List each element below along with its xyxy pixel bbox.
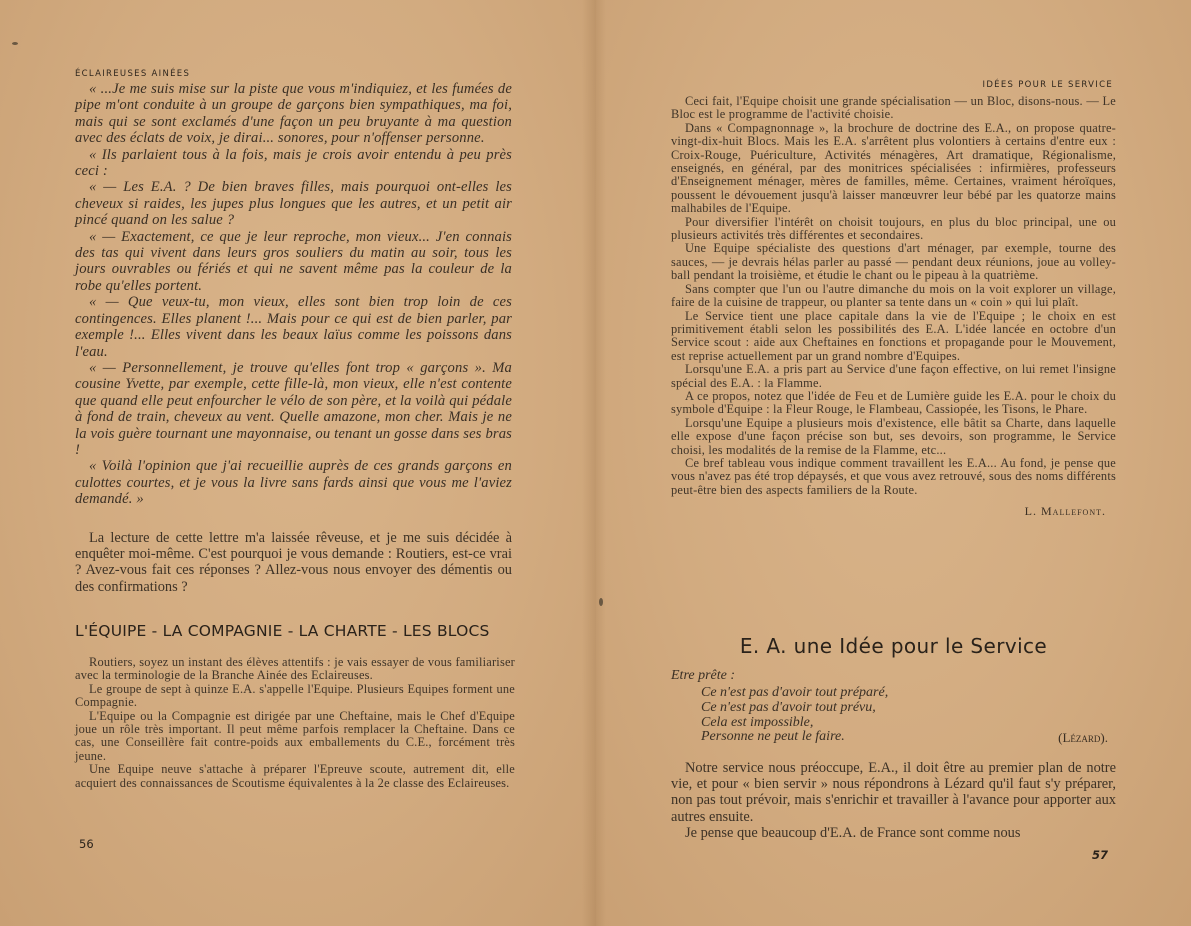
paper-speck — [599, 598, 603, 606]
section-paragraph: Une Equipe neuve s'attache à préparer l'… — [75, 763, 515, 790]
article-paragraph: Pour diversifier l'intérêt on choisit to… — [671, 216, 1116, 243]
article-title: E. A. une Idée pour le Service — [671, 634, 1116, 658]
article-paragraph: Dans « Compagnonnage », la brochure de d… — [671, 122, 1116, 216]
article-paragraph: Ce bref tableau vous indique comment tra… — [671, 457, 1116, 497]
intro-text: La lecture de cette lettre m'a laissée r… — [75, 530, 512, 595]
article-paragraph: Lorsqu'une Equipe a plusieurs mois d'exi… — [671, 417, 1116, 457]
page-number: 56 — [79, 837, 94, 851]
quote-paragraph: « ...Je me suis mise sur la piste que vo… — [75, 81, 512, 147]
article-paragraph: Lorsqu'une E.A. a pris part au Service d… — [671, 363, 1116, 390]
running-head: IDÉES POUR LE SERVICE — [983, 80, 1113, 90]
quote-paragraph: « — Exactement, ce que je leur reproche,… — [75, 229, 512, 295]
section-paragraph: Le groupe de sept à quinze E.A. s'appell… — [75, 683, 515, 710]
quote-paragraph: « — Personnellement, je trouve qu'elles … — [75, 360, 512, 458]
poem-line: Ce n'est pas d'avoir tout prévu, — [701, 701, 1116, 716]
section-paragraph: Routiers, soyez un instant des élèves at… — [75, 656, 515, 683]
quote-paragraph: « Voilà l'opinion que j'ai recueillie au… — [75, 458, 512, 507]
quote-paragraph: « Ils parlaient tous à la fois, mais je … — [75, 147, 512, 180]
poem-lead: Etre prête : — [671, 668, 1116, 684]
closing-text: Notre service nous préoccupe, E.A., il d… — [671, 760, 1116, 841]
closing-paragraph: Je pense que beaucoup d'E.A. de France s… — [671, 825, 1116, 841]
poem-line: Ce n'est pas d'avoir tout préparé, — [701, 686, 1116, 701]
poem-line: Personne ne peut le faire. — [701, 730, 845, 746]
poem-attribution: (Lézard). — [1058, 730, 1108, 746]
right-page: IDÉES POUR LE SERVICE Ceci fait, l'Equip… — [596, 0, 1191, 926]
quote-paragraph: « — Les E.A. ? De bien braves filles, ma… — [75, 179, 512, 228]
page-number: 57 — [1092, 848, 1108, 862]
closing-paragraph: Notre service nous préoccupe, E.A., il d… — [671, 760, 1116, 825]
poem-lines: Ce n'est pas d'avoir tout préparé, Ce n'… — [701, 686, 1116, 746]
left-page: ÉCLAIREUSES AINÉES « ...Je me suis mise … — [0, 0, 596, 926]
article-paragraph: Sans compter que l'un ou l'autre dimanch… — [671, 283, 1116, 310]
article-paragraph: Le Service tient une place capitale dans… — [671, 310, 1116, 364]
book-spread: ÉCLAIREUSES AINÉES « ...Je me suis mise … — [0, 0, 1191, 926]
section-paragraph: L'Equipe ou la Compagnie est dirigée par… — [75, 710, 515, 764]
running-head: ÉCLAIREUSES AINÉES — [75, 69, 190, 79]
article-paragraph: Une Equipe spécialiste des questions d'a… — [671, 242, 1116, 282]
section-body: Routiers, soyez un instant des élèves at… — [75, 656, 515, 790]
poem-line: Cela est impossible, — [701, 716, 1116, 731]
author-signature: L. Mallefont. — [671, 504, 1106, 519]
article-body: Ceci fait, l'Equipe choisit une grande s… — [671, 95, 1116, 519]
intro-paragraph: La lecture de cette lettre m'a laissée r… — [75, 530, 512, 595]
section-title: L'ÉQUIPE - LA COMPAGNIE - LA CHARTE - LE… — [75, 622, 520, 640]
poem-last-line-row: Personne ne peut le faire. (Lézard). — [701, 730, 1116, 746]
quote-paragraph: « — Que veux-tu, mon vieux, elles sont b… — [75, 294, 512, 360]
quoted-letter: « ...Je me suis mise sur la piste que vo… — [75, 81, 512, 508]
article-paragraph: A ce propos, notez que l'idée de Feu et … — [671, 390, 1116, 417]
poem-block: Etre prête : Ce n'est pas d'avoir tout p… — [671, 668, 1116, 746]
article-paragraph: Ceci fait, l'Equipe choisit une grande s… — [671, 95, 1116, 122]
paper-speck — [12, 42, 18, 45]
